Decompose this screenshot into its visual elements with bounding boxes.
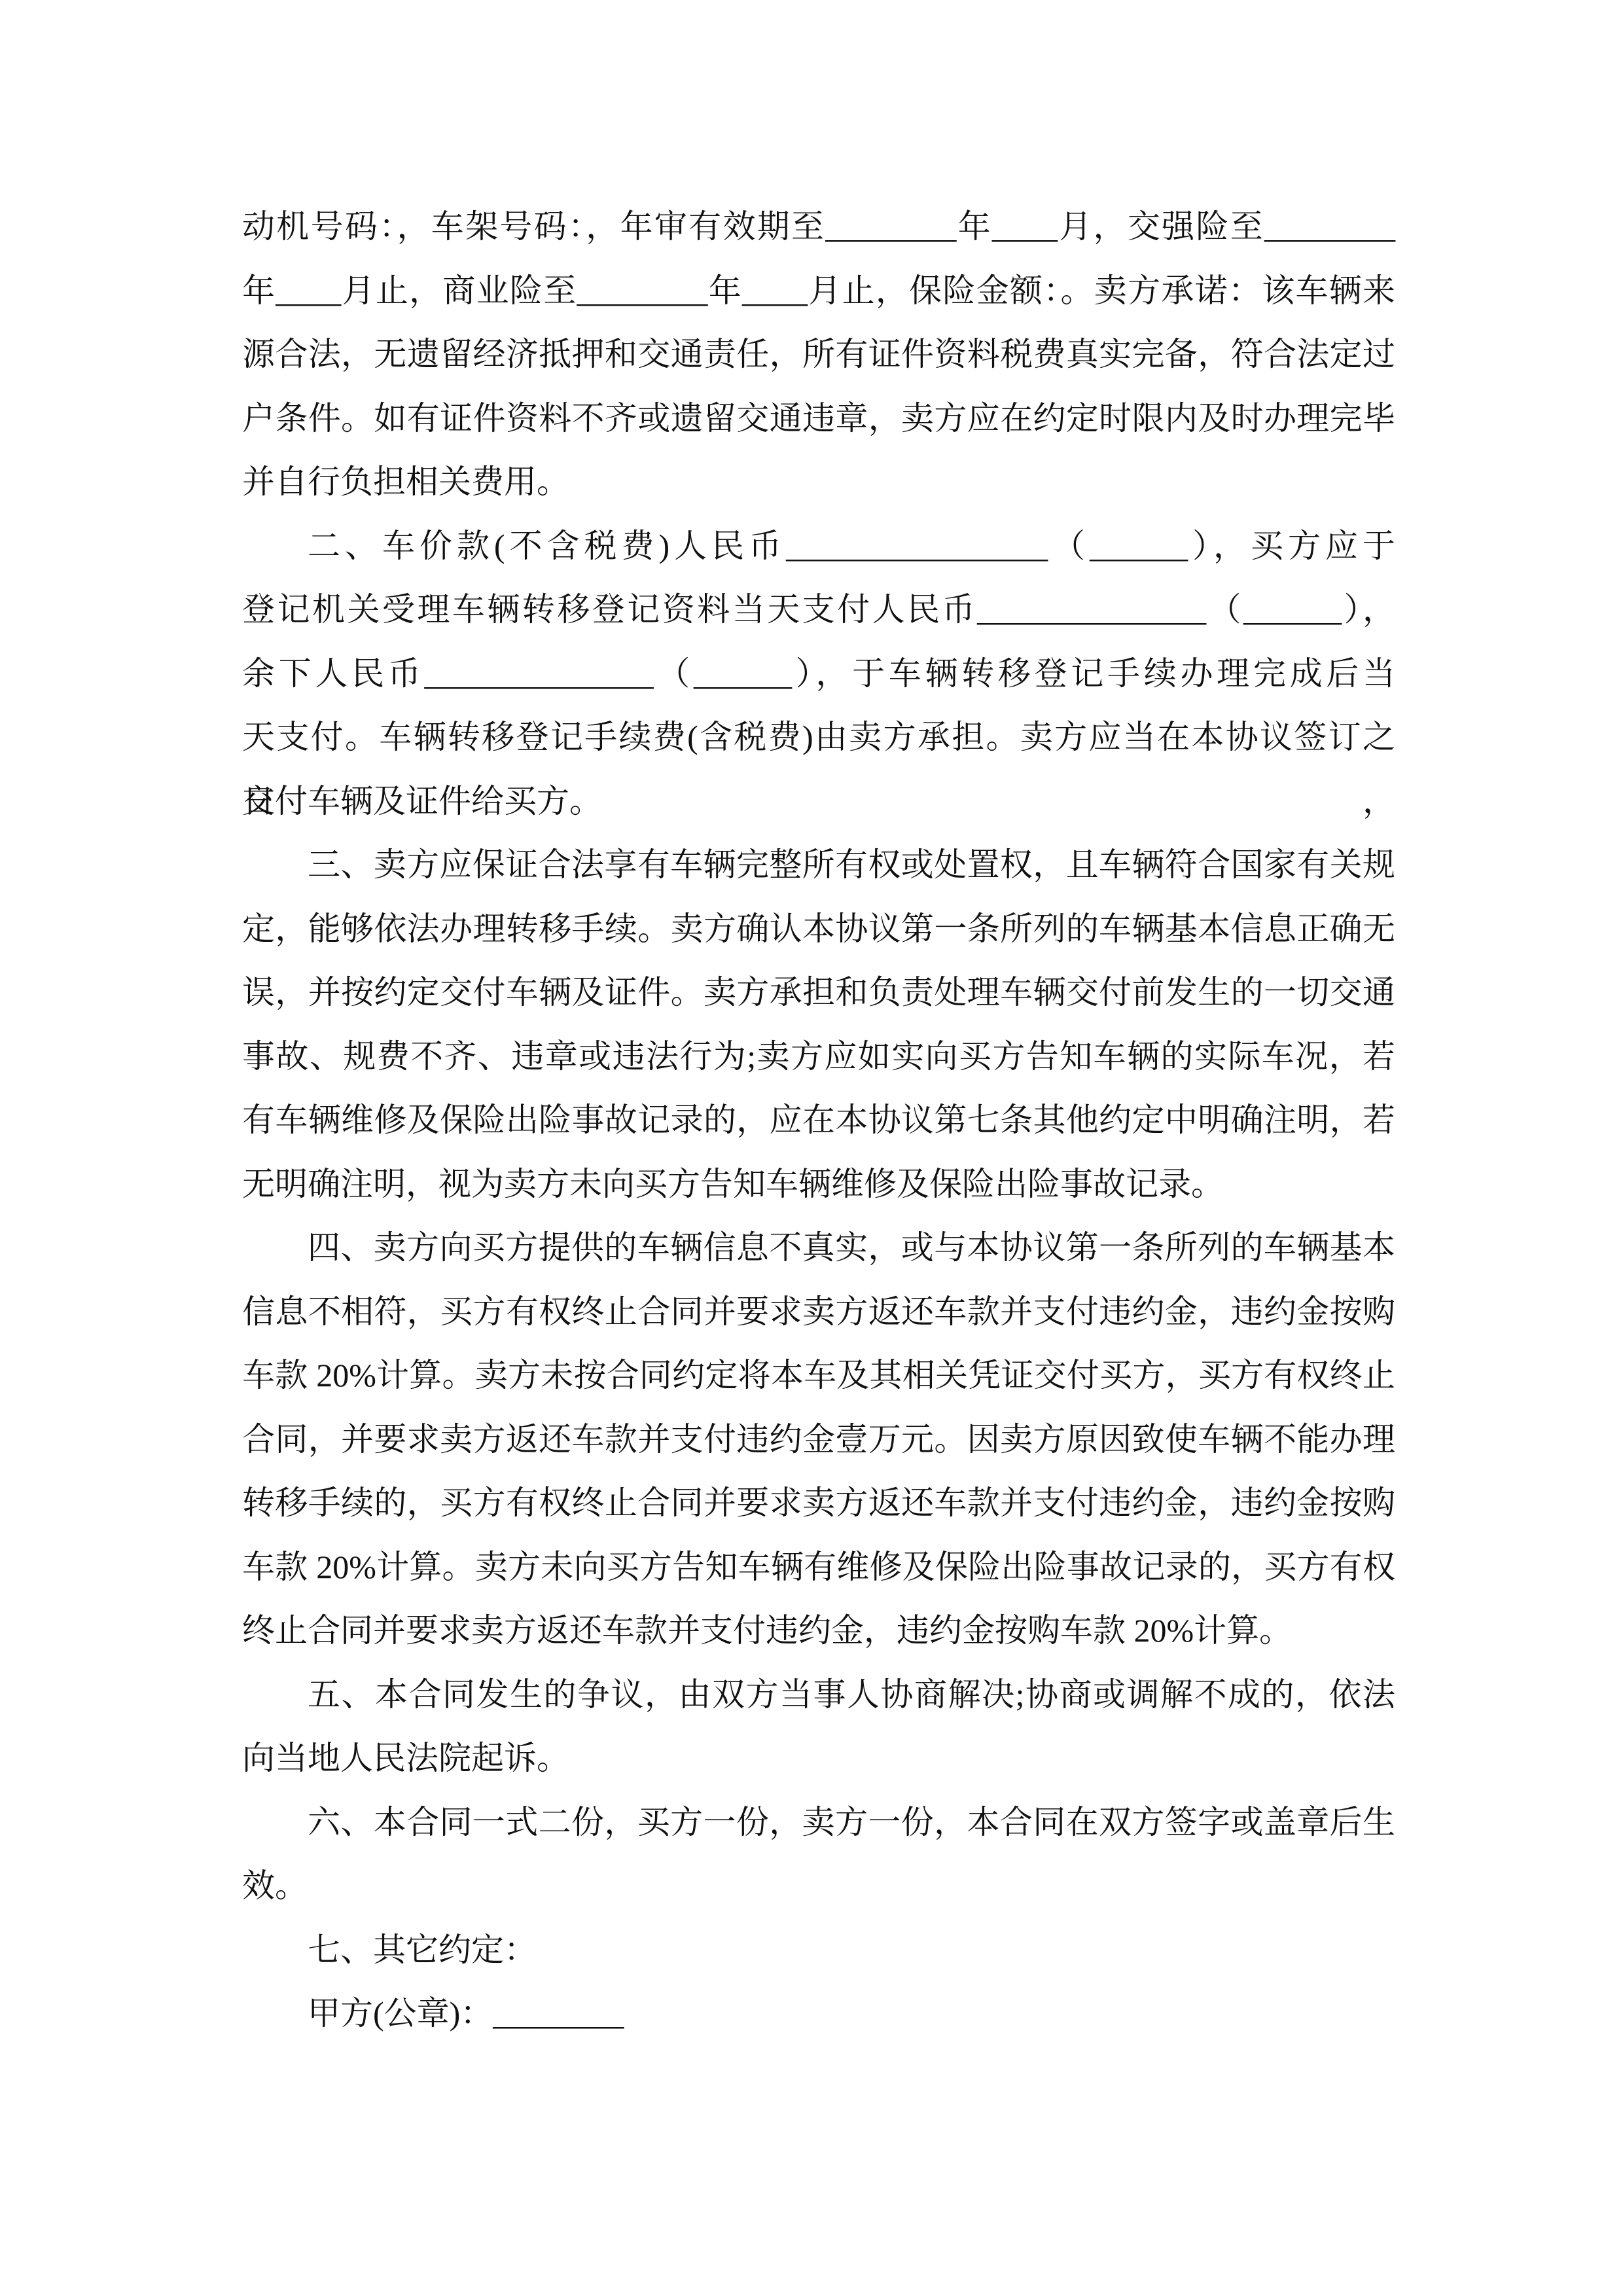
text-line: 合同，并要求卖方返还车款并支付违约金壹万元。因卖方原因致使车辆不能办理 xyxy=(242,1408,1395,1472)
text-line: 余下人民币______________（______），于车辆转移登记手续办理完… xyxy=(242,642,1395,706)
text-line: 无明确注明，视为卖方未向买方告知车辆维修及保险出险事故记录。 xyxy=(242,1153,1395,1217)
text-line: 二、车价款(不含税费)人民币________________（______），买… xyxy=(242,514,1395,579)
text-line: 向当地人民法院起诉。 xyxy=(242,1727,1395,1791)
document-page: 动机号码：，车架号码：，年审有效期至________年____月，交强险至___… xyxy=(0,0,1623,2296)
text-line: 车款 20%计算。卖方未向买方告知车辆有维修及保险出险事故记录的，买方有权 xyxy=(242,1535,1395,1600)
text-line: 户条件。如有证件资料不齐或遗留交通违章，卖方应在约定时限内及时办理完毕 xyxy=(242,387,1395,451)
text-line: 三、卖方应保证合法享有车辆完整所有权或处置权，且车辆符合国家有关规 xyxy=(242,833,1395,897)
document-lines: 动机号码：，车架号码：，年审有效期至________年____月，交强险至___… xyxy=(242,195,1395,2046)
text-line: 终止合同并要求卖方返还车款并支付违约金，违约金按购车款 20%计算。 xyxy=(242,1599,1395,1663)
text-line: 天支付。车辆转移登记手续费(含税费)由卖方承担。卖方应当在本协议签订之日， xyxy=(242,706,1395,770)
text-line: 五、本合同发生的争议，由双方当事人协商解决;协商或调解不成的，依法 xyxy=(242,1663,1395,1727)
contract-text-block: 动机号码：，车架号码：，年审有效期至________年____月，交强险至___… xyxy=(242,195,1395,2046)
text-line: 事故、规费不齐、违章或违法行为;卖方应如实向买方告知车辆的实际车况，若 xyxy=(242,1025,1395,1089)
text-line: 六、本合同一式二份，买方一份，卖方一份，本合同在双方签字或盖章后生 xyxy=(242,1791,1395,1855)
text-line: 误，并按约定交付车辆及证件。卖方承担和负责处理车辆交付前发生的一切交通 xyxy=(242,961,1395,1025)
text-line: 源合法，无遗留经济抵押和交通责任，所有证件资料税费真实完备，符合法定过 xyxy=(242,323,1395,387)
text-line: 四、卖方向买方提供的车辆信息不真实，或与本协议第一条所列的车辆基本 xyxy=(242,1216,1395,1280)
text-line: 效。 xyxy=(242,1854,1395,1918)
text-line: 登记机关受理车辆转移登记资料当天支付人民币______________（____… xyxy=(242,578,1395,642)
text-line: 定，能够依法办理转移手续。卖方确认本协议第一条所列的车辆基本信息正确无 xyxy=(242,897,1395,961)
text-line: 年____月止，商业险至________年____月止，保险金额：。卖方承诺：该… xyxy=(242,259,1395,323)
text-line: 七、其它约定： xyxy=(242,1918,1395,1982)
text-line: 并自行负担相关费用。 xyxy=(242,450,1395,514)
text-line: 动机号码：，车架号码：，年审有效期至________年____月，交强险至___… xyxy=(242,195,1395,259)
text-line: 车款 20%计算。卖方未按合同约定将本车及其相关凭证交付买方，买方有权终止 xyxy=(242,1344,1395,1408)
text-line: 信息不相符，买方有权终止合同并要求卖方返还车款并支付违约金，违约金按购 xyxy=(242,1280,1395,1344)
text-line: 有车辆维修及保险出险事故记录的，应在本协议第七条其他约定中明确注明，若 xyxy=(242,1088,1395,1153)
text-line: 转移手续的，买方有权终止合同并要求卖方返还车款并支付违约金，违约金按购 xyxy=(242,1471,1395,1535)
text-line: 甲方(公章)：________ xyxy=(242,1982,1395,2046)
